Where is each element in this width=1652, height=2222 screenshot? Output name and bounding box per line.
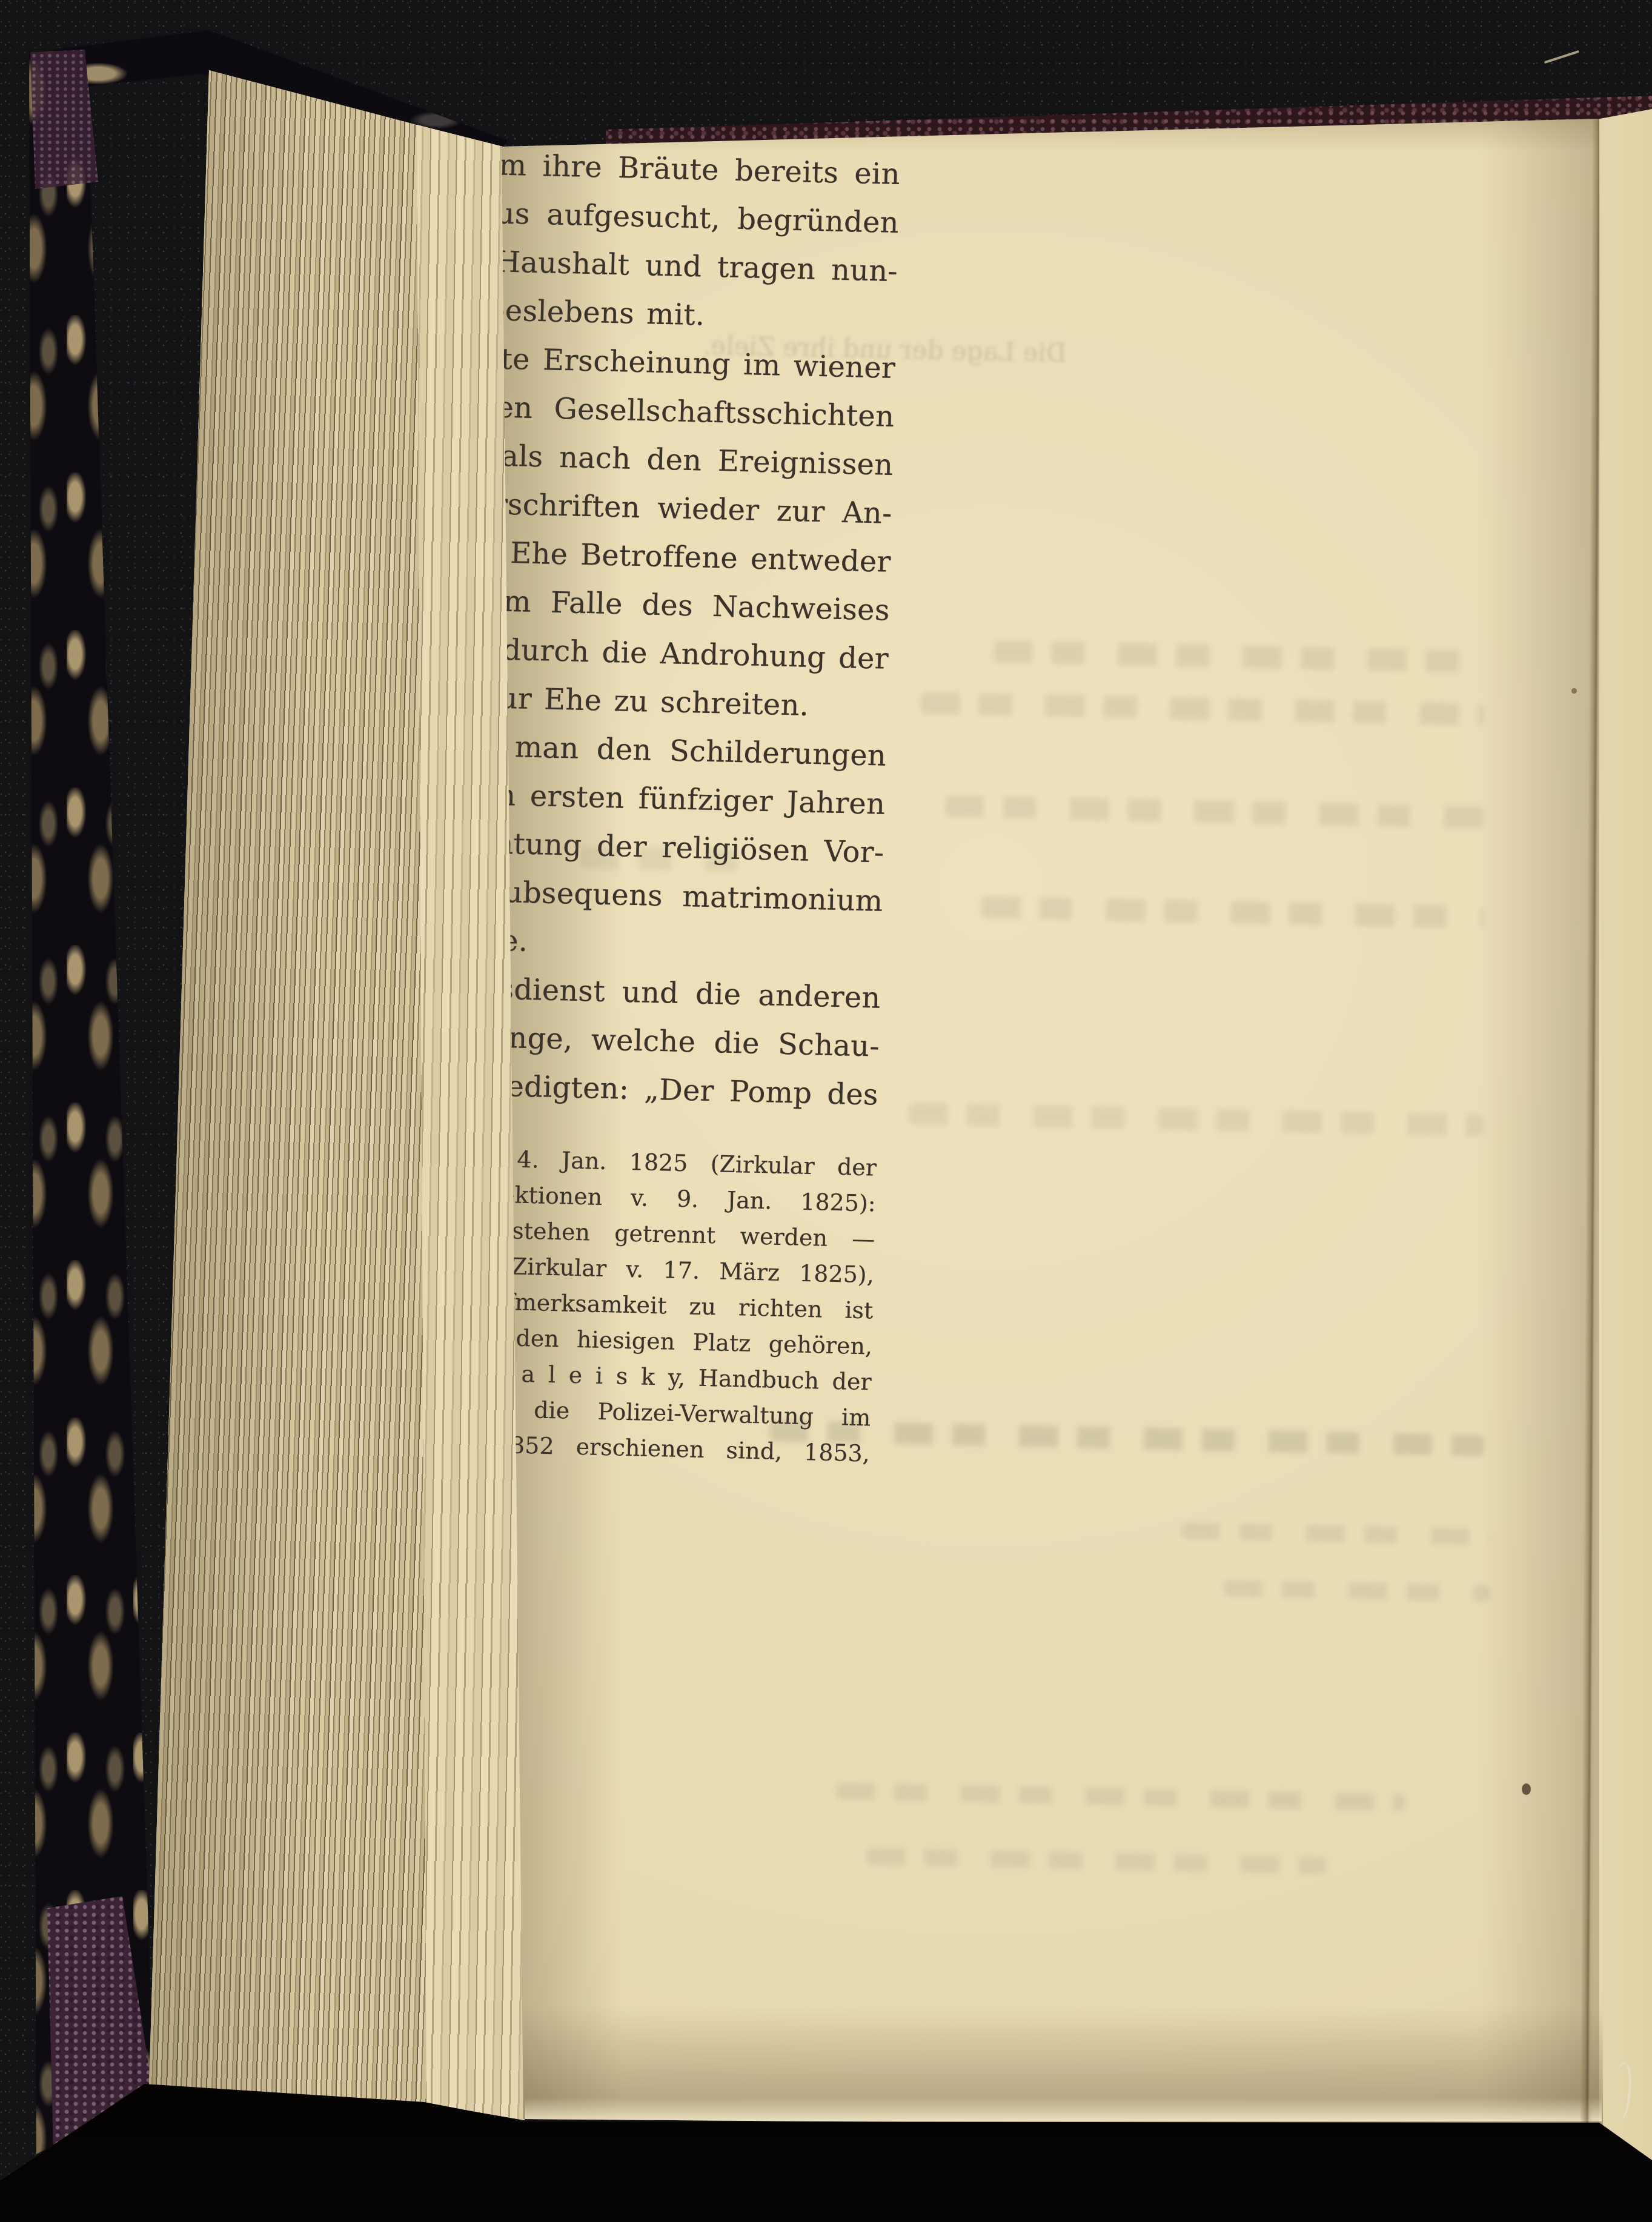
show-through-text [909, 1103, 1485, 1136]
show-through-text [1224, 1579, 1490, 1602]
show-through-text [921, 692, 1485, 725]
book-cover-leather-corner [0, 0, 133, 218]
paper-fiber [1544, 50, 1579, 64]
show-through-text [994, 641, 1485, 673]
paper-speck [1571, 688, 1577, 694]
show-through-text [945, 795, 1485, 829]
show-through-text [1181, 1522, 1490, 1546]
show-through-text [769, 1420, 1484, 1457]
paper-speck [1522, 1783, 1531, 1795]
scanned-book-photo: { "page": { "number": "264", "chapter_he… [0, 0, 1652, 2222]
show-through-text [866, 1848, 1327, 1874]
page-bottom-edge-highlight [525, 2097, 1602, 2121]
show-through-text [836, 1782, 1405, 1811]
page-number: 264 [16, 4, 78, 41]
show-through-text [981, 896, 1485, 928]
